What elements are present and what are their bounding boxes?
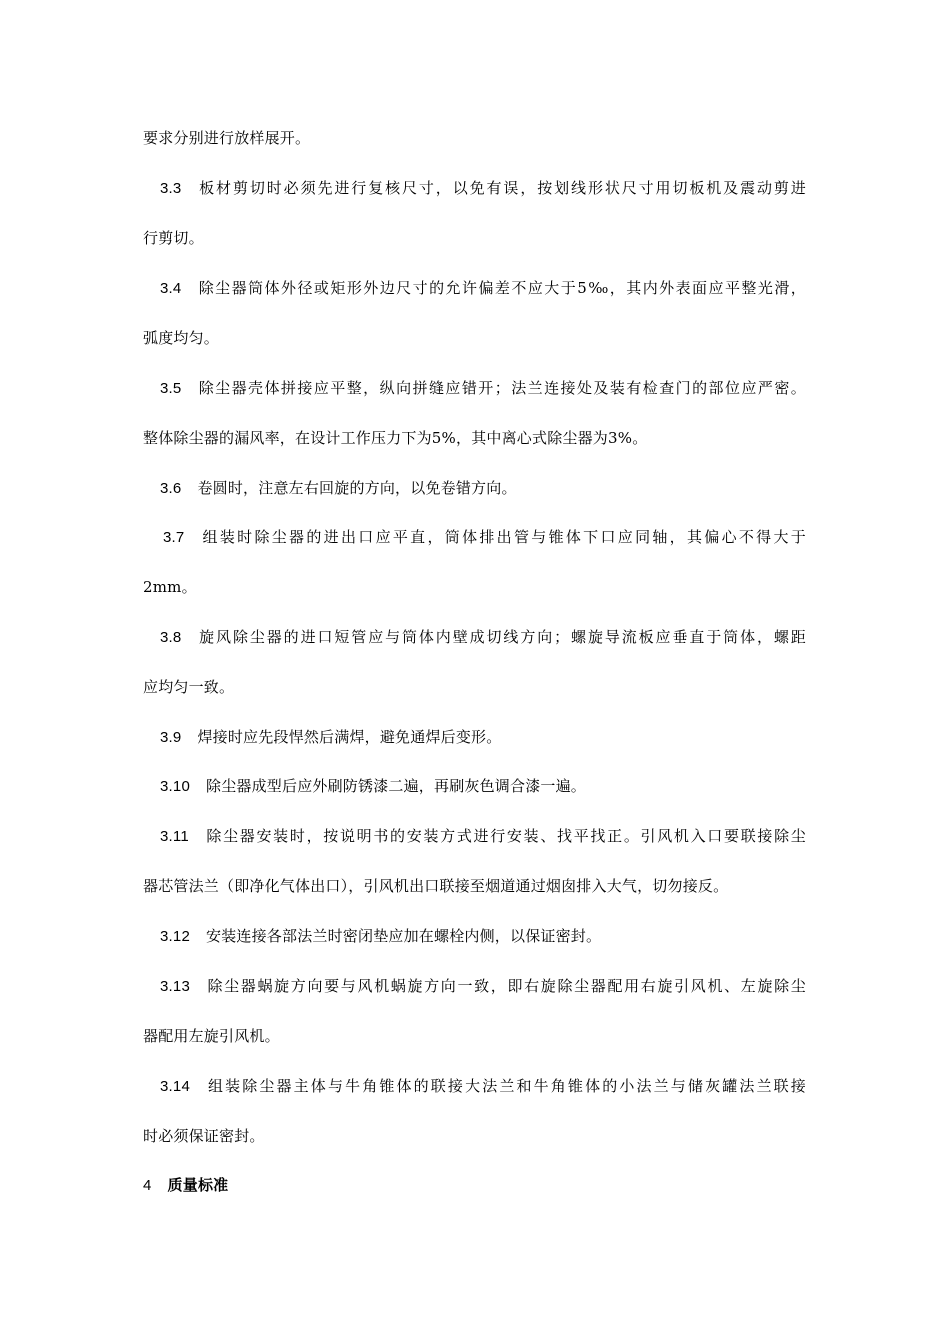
clause-3-4: 3.4除尘器筒体外径或矩形外边尺寸的允许偏差不应大于5‰，其内外表面应平整光滑， xyxy=(160,278,806,299)
clause-3-7: 3.7组装时除尘器的进出口应平直，筒体排出管与锥体下口应同轴，其偏心不得大于 xyxy=(163,527,806,548)
clause-number: 3.8 xyxy=(160,628,181,648)
clause-number: 3.4 xyxy=(160,279,181,299)
clause-number: 3.6 xyxy=(160,479,181,499)
clause-3-6: 3.6卷圆时，注意左右回旋的方向，以免卷错方向。 xyxy=(160,478,830,499)
clause-3-7-continuation: 2mm。 xyxy=(143,577,813,597)
clause-3-11: 3.11除尘器安装时，按说明书的安装方式进行安装、找平找正。引风机入口要联接除尘 xyxy=(160,826,806,847)
clause-text: 组装时除尘器的进出口应平直，筒体排出管与锥体下口应同轴，其偏心不得大于 xyxy=(200,528,806,546)
clause-number: 3.11 xyxy=(160,827,189,847)
clause-text: 安装连接各部法兰时密闭垫应加在螺栓内侧，以保证密封。 xyxy=(206,927,601,945)
line-text: 器芯管法兰（即净化气体出口），引风机出口联接至烟道通过烟囱排入大气，切勿接反。 xyxy=(143,877,728,895)
clause-3-4-continuation: 弧度均匀。 xyxy=(143,328,813,348)
clause-number: 3.3 xyxy=(160,179,181,199)
paragraph-continuation: 要求分别进行放样展开。 xyxy=(143,128,813,148)
clause-text: 旋风除尘器的进口短管应与筒体内壁成切线方向；螺旋导流板应垂直于筒体，螺距 xyxy=(197,628,806,646)
clause-number: 3.12 xyxy=(160,927,190,947)
clause-3-3-continuation: 行剪切。 xyxy=(143,228,813,248)
line-text: 时必须保证密封。 xyxy=(143,1127,265,1145)
clause-3-5: 3.5除尘器壳体拼接应平整，纵向拼缝应错开；法兰连接处及装有检查门的部位应严密。 xyxy=(160,378,806,399)
clause-text: 卷圆时，注意左右回旋的方向，以免卷错方向。 xyxy=(197,479,516,497)
clause-3-14: 3.14组装除尘器主体与牛角锥体的联接大法兰和牛角锥体的小法兰与储灰罐法兰联接 xyxy=(160,1076,806,1097)
line-text: 要求分别进行放样展开。 xyxy=(143,129,310,147)
clause-3-13-continuation: 器配用左旋引风机。 xyxy=(143,1026,813,1046)
clause-text: 除尘器蜗旋方向要与风机蜗旋方向一致，即右旋除尘器配用右旋引风机、左旋除尘 xyxy=(206,977,806,995)
clause-text: 除尘器安装时，按说明书的安装方式进行安装、找平找正。引风机入口要联接除尘 xyxy=(205,827,806,845)
line-text: 行剪切。 xyxy=(143,229,204,247)
clause-number: 3.10 xyxy=(160,777,190,797)
section-title: 质量标准 xyxy=(168,1176,229,1194)
clause-number: 3.5 xyxy=(160,379,181,399)
clause-3-5-continuation: 整体除尘器的漏风率，在设计工作压力下为5%，其中离心式除尘器为3%。 xyxy=(143,428,813,448)
clause-3-13: 3.13除尘器蜗旋方向要与风机蜗旋方向一致，即右旋除尘器配用右旋引风机、左旋除尘 xyxy=(160,976,806,997)
clause-number: 3.9 xyxy=(160,728,181,748)
clause-number: 3.13 xyxy=(160,977,190,997)
clause-number: 3.7 xyxy=(163,528,184,548)
clause-text: 除尘器筒体外径或矩形外边尺寸的允许偏差不应大于5‰，其内外表面应平整光滑， xyxy=(197,279,806,297)
clause-text: 焊接时应先段悍然后满焊，避免通焊后变形。 xyxy=(197,728,501,746)
line-text: 弧度均匀。 xyxy=(143,329,219,347)
line-text: 器配用左旋引风机。 xyxy=(143,1027,280,1045)
clause-text: 板材剪切时必须先进行复核尺寸，以免有误，按划线形状尺寸用切板机及震动剪进 xyxy=(197,179,806,197)
clause-3-8: 3.8旋风除尘器的进口短管应与筒体内壁成切线方向；螺旋导流板应垂直于筒体，螺距 xyxy=(160,627,806,648)
clause-text: 组装除尘器主体与牛角锥体的联接大法兰和牛角锥体的小法兰与储灰罐法兰联接 xyxy=(206,1077,806,1095)
section-heading-quality-standard: 4质量标准 xyxy=(143,1175,813,1196)
line-text: 应均匀一致。 xyxy=(143,678,234,696)
section-number: 4 xyxy=(143,1177,152,1194)
clause-3-11-continuation: 器芯管法兰（即净化气体出口），引风机出口联接至烟道通过烟囱排入大气，切勿接反。 xyxy=(143,876,813,896)
clause-3-14-continuation: 时必须保证密封。 xyxy=(143,1126,813,1146)
line-text: 2mm。 xyxy=(143,578,197,596)
clause-3-10: 3.10除尘器成型后应外刷防锈漆二遍，再刷灰色调合漆一遍。 xyxy=(160,776,830,797)
clause-3-8-continuation: 应均匀一致。 xyxy=(143,677,813,697)
line-text: 整体除尘器的漏风率，在设计工作压力下为5%，其中离心式除尘器为3%。 xyxy=(143,429,647,447)
clause-3-3: 3.3板材剪切时必须先进行复核尺寸，以免有误，按划线形状尺寸用切板机及震动剪进 xyxy=(160,178,806,199)
clause-text: 除尘器成型后应外刷防锈漆二遍，再刷灰色调合漆一遍。 xyxy=(206,777,586,795)
clause-text: 除尘器壳体拼接应平整，纵向拼缝应错开；法兰连接处及装有检查门的部位应严密。 xyxy=(197,379,806,397)
clause-3-9: 3.9焊接时应先段悍然后满焊，避免通焊后变形。 xyxy=(160,727,830,748)
document-page: 要求分别进行放样展开。 3.3板材剪切时必须先进行复核尺寸，以免有误，按划线形状… xyxy=(0,0,950,1344)
clause-3-12: 3.12安装连接各部法兰时密闭垫应加在螺栓内侧，以保证密封。 xyxy=(160,926,830,947)
clause-number: 3.14 xyxy=(160,1077,190,1097)
